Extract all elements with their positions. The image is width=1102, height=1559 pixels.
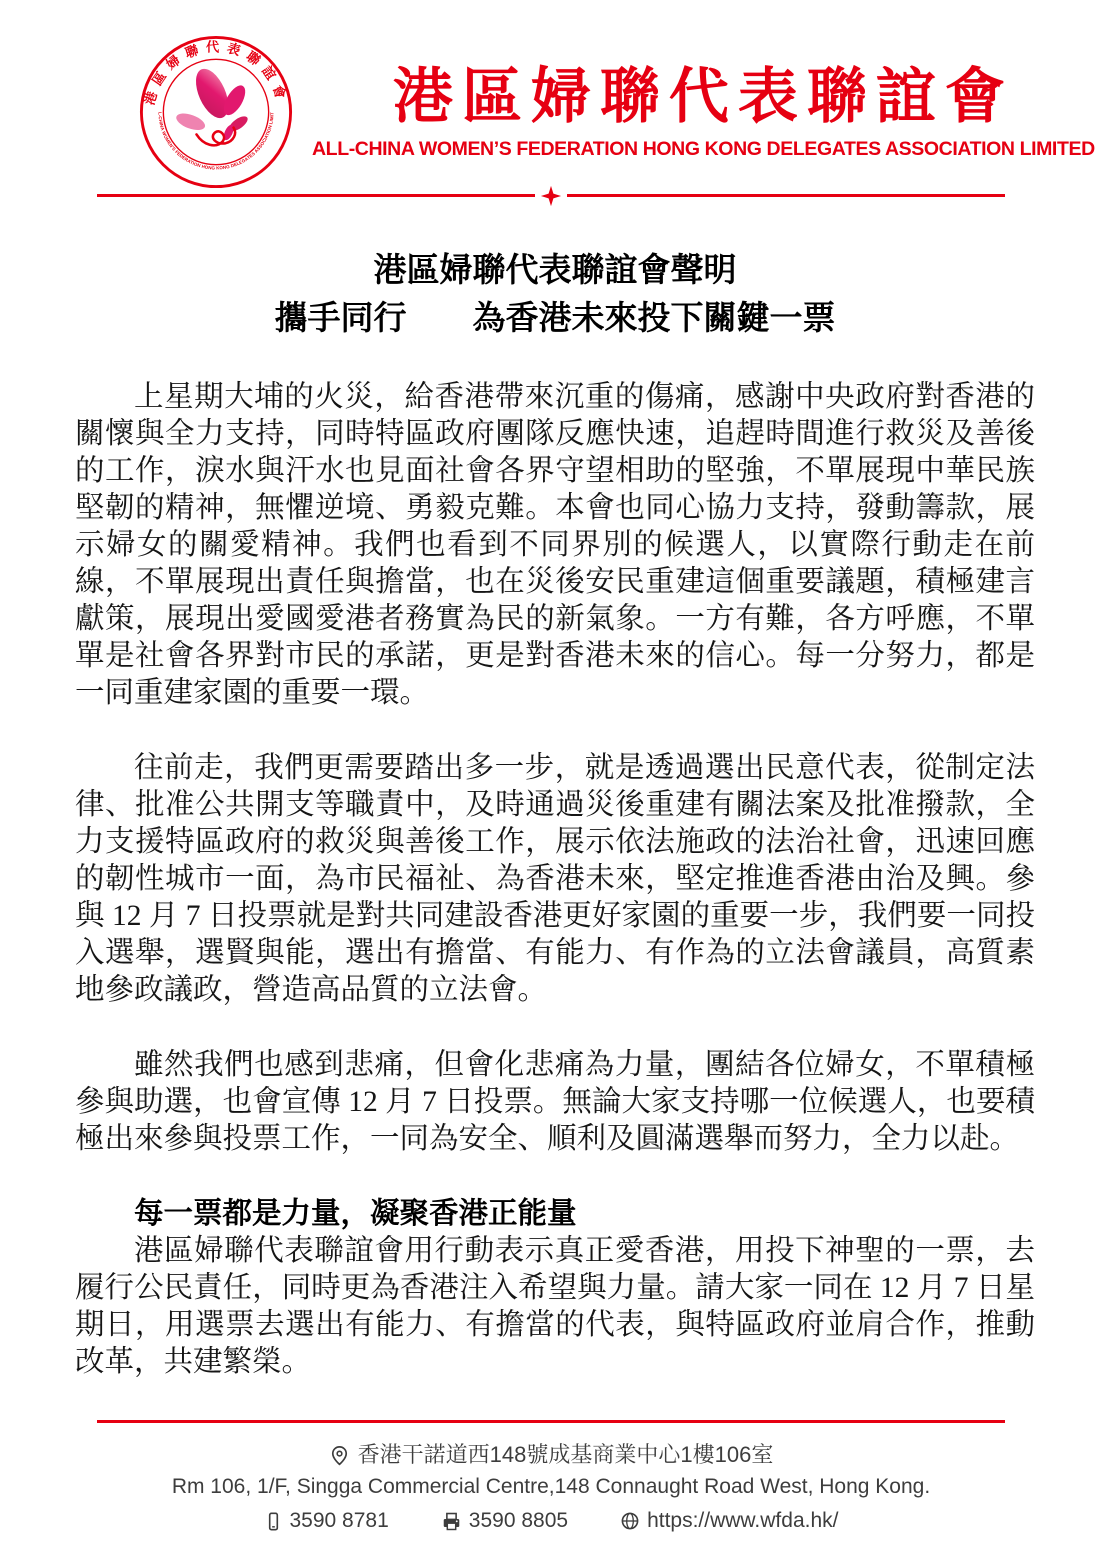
website-url: https://www.wfda.hk/ — [647, 1505, 838, 1537]
statement-title-line1: 港區婦聯代表聯誼會聲明 — [75, 247, 1035, 295]
letterhead: 港區婦聯代表聯誼會 ALL-CHINA WOMEN’S FEDERATION H… — [0, 0, 1102, 190]
statement-subheading: 每一票都是力量，凝聚香港正能量 — [75, 1196, 1035, 1233]
statement-content: 港區婦聯代表聯誼會聲明 攜手同行 為香港未來投下關鍵一票 上星期大埔的火災，給香… — [0, 197, 1102, 1381]
globe-icon — [620, 1511, 640, 1531]
address-english: Rm 106, 1/F, Singga Commercial Centre,14… — [97, 1471, 1005, 1503]
org-name-chinese: 港區婦聯代表聯誼會 — [312, 63, 1095, 132]
paragraph-2: 往前走，我們更需要踏出多一步，就是透過選出民意代表，從制定法律、批准公共開支等職… — [75, 750, 1035, 1009]
header-divider — [97, 194, 1005, 197]
org-logo: 港區婦聯代表聯誼會 ALL-CHINA WOMEN’S FEDERATION H… — [138, 34, 294, 190]
contact-row: 3590 8781 3590 8805 https://www.wfda.hk/ — [97, 1505, 1005, 1537]
brand-block: 港區婦聯代表聯誼會 ALL-CHINA WOMEN’S FEDERATION H… — [312, 63, 1095, 161]
closing-paragraph: 港區婦聯代表聯誼會用行動表示真正愛香港，用投下神聖的一票，去履行公民責任，同時更… — [75, 1233, 1035, 1381]
org-name-english: ALL-CHINA WOMEN’S FEDERATION HONG KONG D… — [312, 138, 1095, 161]
phone-item: 3590 8781 — [264, 1505, 389, 1537]
address-chinese: 香港干諾道西148號成基商業中心1樓106室 — [358, 1439, 774, 1471]
paragraph-3: 雖然我們也感到悲痛，但會化悲痛為力量，團結各位婦女，不單積極參與助選，也會宣傳 … — [75, 1047, 1035, 1158]
diamond-ornament-icon — [535, 185, 567, 207]
phone-icon — [264, 1512, 283, 1531]
website-item: https://www.wfda.hk/ — [620, 1505, 838, 1537]
fax-item: 3590 8805 — [441, 1505, 568, 1537]
phone-number: 3590 8781 — [290, 1505, 389, 1537]
fax-icon — [441, 1511, 462, 1532]
statement-page: 港區婦聯代表聯誼會 ALL-CHINA WOMEN’S FEDERATION H… — [0, 0, 1102, 1559]
statement-title-line2: 攜手同行 為香港未來投下關鍵一票 — [75, 295, 1035, 343]
fax-number: 3590 8805 — [469, 1505, 568, 1537]
statement-title: 港區婦聯代表聯誼會聲明 攜手同行 為香港未來投下關鍵一票 — [75, 247, 1035, 343]
paragraph-1: 上星期大埔的火災，給香港帶來沉重的傷痛，感謝中央政府對香港的關懷與全力支持，同時… — [75, 379, 1035, 712]
org-emblem-icon: 港區婦聯代表聯誼會 ALL-CHINA WOMEN’S FEDERATION H… — [138, 34, 294, 190]
location-pin-icon — [329, 1445, 350, 1466]
letterhead-footer: 香港干諾道西148號成基商業中心1樓106室 Rm 106, 1/F, Sing… — [97, 1420, 1005, 1559]
address-line-chinese: 香港干諾道西148號成基商業中心1樓106室 — [97, 1439, 1005, 1471]
